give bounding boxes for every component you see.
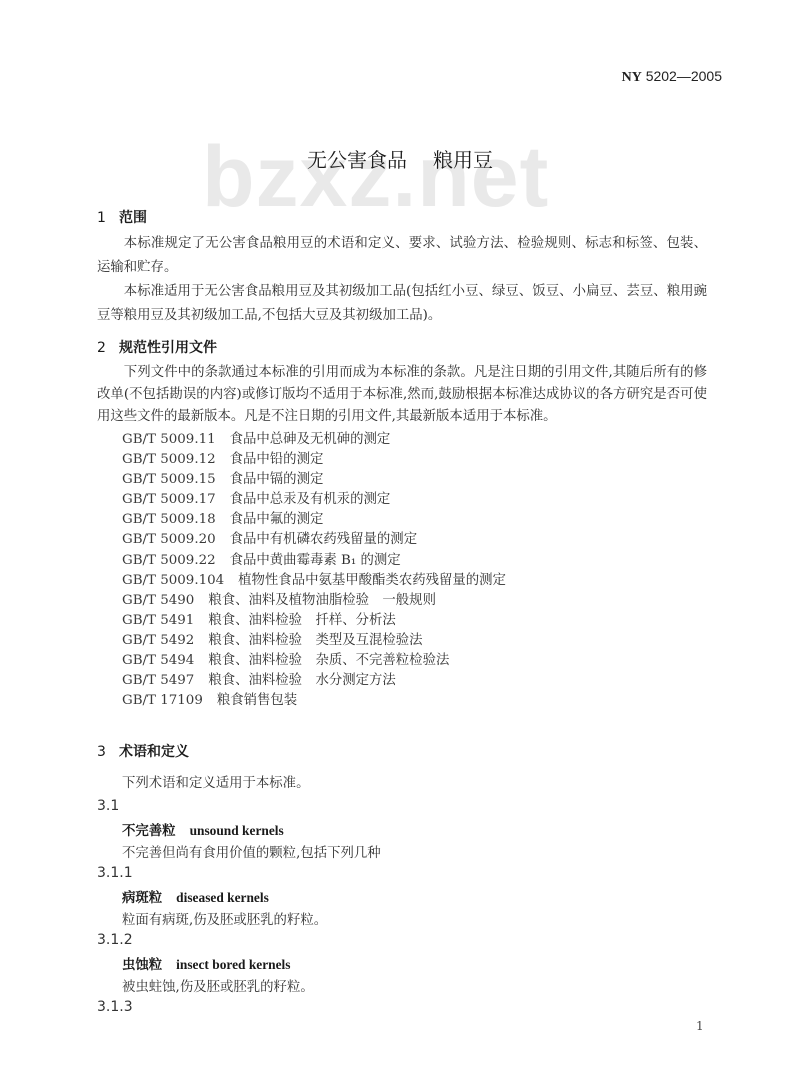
reference-item: GB/T 5494粮食、油料检验 杂质、不完善粒检验法 <box>122 651 506 671</box>
clause-number: 3.1 <box>97 798 119 814</box>
reference-item: GB/T 5009.12食品中铅的测定 <box>122 450 506 470</box>
standard-number: 5202—2005 <box>646 68 722 84</box>
reference-item: GB/T 17109粮食销售包装 <box>122 691 506 711</box>
section-1-heading: 1范围 <box>97 207 147 227</box>
document-title: 无公害食品粮用豆 <box>0 144 800 173</box>
title-part-1: 无公害食品 <box>307 148 407 172</box>
standard-prefix: NY <box>622 70 642 85</box>
reference-list: GB/T 5009.11食品中总砷及无机砷的测定 GB/T 5009.12食品中… <box>122 430 506 711</box>
page-number: 1 <box>696 1019 704 1033</box>
section-2-paragraph: 下列文件中的条款通过本标准的引用而成为本标准的条款。凡是注日期的引用文件,其随后… <box>97 362 707 428</box>
section-2-heading: 2规范性引用文件 <box>97 337 217 357</box>
reference-item: GB/T 5490粮食、油料及植物油脂检验 一般规则 <box>122 591 506 611</box>
clause-number: 3.1.2 <box>97 932 133 948</box>
term-entry: 不完善粒unsound kernels <box>122 820 284 839</box>
reference-item: GB/T 5009.15食品中镉的测定 <box>122 470 506 490</box>
reference-item: GB/T 5009.11食品中总砷及无机砷的测定 <box>122 430 506 450</box>
reference-item: GB/T 5009.18食品中氟的测定 <box>122 510 506 530</box>
section-1-paragraph-1: 本标准规定了无公害食品粮用豆的术语和定义、要求、试验方法、检验规则、标志和标签、… <box>97 232 707 280</box>
clause-number: 3.1.3 <box>97 999 133 1015</box>
term-entry: 虫蚀粒insect bored kernels <box>122 954 290 973</box>
reference-item: GB/T 5492粮食、油料检验 类型及互混检验法 <box>122 631 506 651</box>
title-part-2: 粮用豆 <box>433 148 493 172</box>
section-3-intro: 下列术语和定义适用于本标准。 <box>122 772 309 791</box>
reference-item: GB/T 5009.20食品中有机磷农药残留量的测定 <box>122 530 506 550</box>
watermark: bzxz.net <box>202 128 549 227</box>
standard-code: NY 5202—2005 <box>622 68 722 86</box>
term-definition: 粒面有病斑,伤及胚或胚乳的籽粒。 <box>122 909 327 928</box>
reference-item: GB/T 5491粮食、油料检验 扦样、分析法 <box>122 611 506 631</box>
reference-item: GB/T 5497粮食、油料检验 水分测定方法 <box>122 671 506 691</box>
term-entry: 病斑粒diseased kernels <box>122 887 269 906</box>
clause-number: 3.1.1 <box>97 865 133 881</box>
term-definition: 被虫蛀蚀,伤及胚或胚乳的籽粒。 <box>122 976 314 995</box>
term-definition: 不完善但尚有食用价值的颗粒,包括下列几种 <box>122 842 381 861</box>
section-1-paragraph-2: 本标准适用于无公害食品粮用豆及其初级加工品(包括红小豆、绿豆、饭豆、小扁豆、芸豆… <box>97 280 707 328</box>
reference-item: GB/T 5009.22食品中黄曲霉毒素 B₁ 的测定 <box>122 551 506 571</box>
reference-item: GB/T 5009.104植物性食品中氨基甲酸酯类农药残留量的测定 <box>122 571 506 591</box>
section-3-heading: 3术语和定义 <box>97 741 189 761</box>
reference-item: GB/T 5009.17食品中总汞及有机汞的测定 <box>122 490 506 510</box>
